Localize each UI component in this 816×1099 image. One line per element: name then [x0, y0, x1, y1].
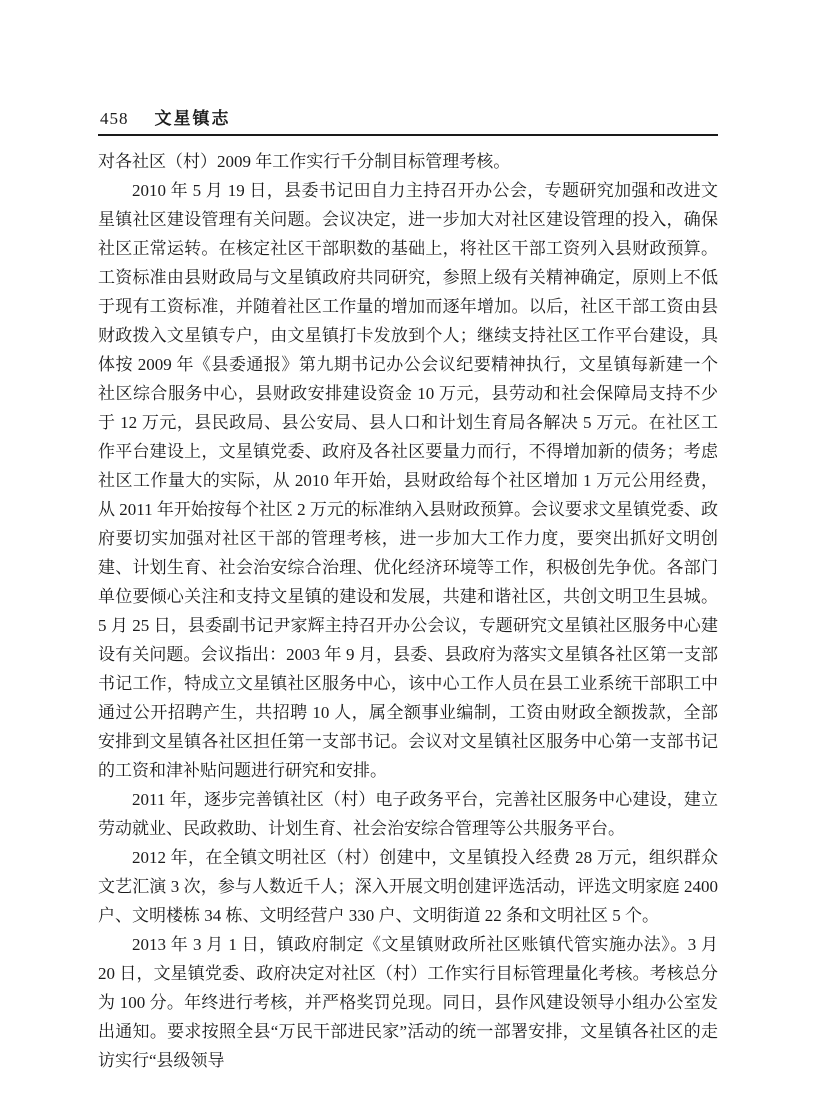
body-paragraph: 2010 年 5 月 19 日，县委书记田自力主持召开办公会，专题研究加强和改进…	[98, 176, 718, 785]
document-page: 458 文星镇志 对各社区（村）2009 年工作实行千分制目标管理考核。2010…	[0, 0, 816, 1099]
running-header: 458 文星镇志	[98, 109, 718, 136]
body-paragraph: 对各社区（村）2009 年工作实行千分制目标管理考核。	[98, 147, 718, 176]
body-paragraph: 2013 年 3 月 1 日，镇政府制定《文星镇财政所社区账镇代管实施办法》。3…	[98, 930, 718, 1075]
page-body: 对各社区（村）2009 年工作实行千分制目标管理考核。2010 年 5 月 19…	[98, 147, 718, 1075]
body-paragraph: 2011 年，逐步完善镇社区（村）电子政务平台，完善社区服务中心建设，建立劳动就…	[98, 785, 718, 843]
page-content: 458 文星镇志 对各社区（村）2009 年工作实行千分制目标管理考核。2010…	[98, 109, 718, 1075]
body-paragraph: 2012 年，在全镇文明社区（村）创建中，文星镇投入经费 28 万元，组织群众文…	[98, 843, 718, 930]
page-number: 458	[100, 109, 129, 129]
book-title: 文星镇志	[155, 109, 231, 129]
